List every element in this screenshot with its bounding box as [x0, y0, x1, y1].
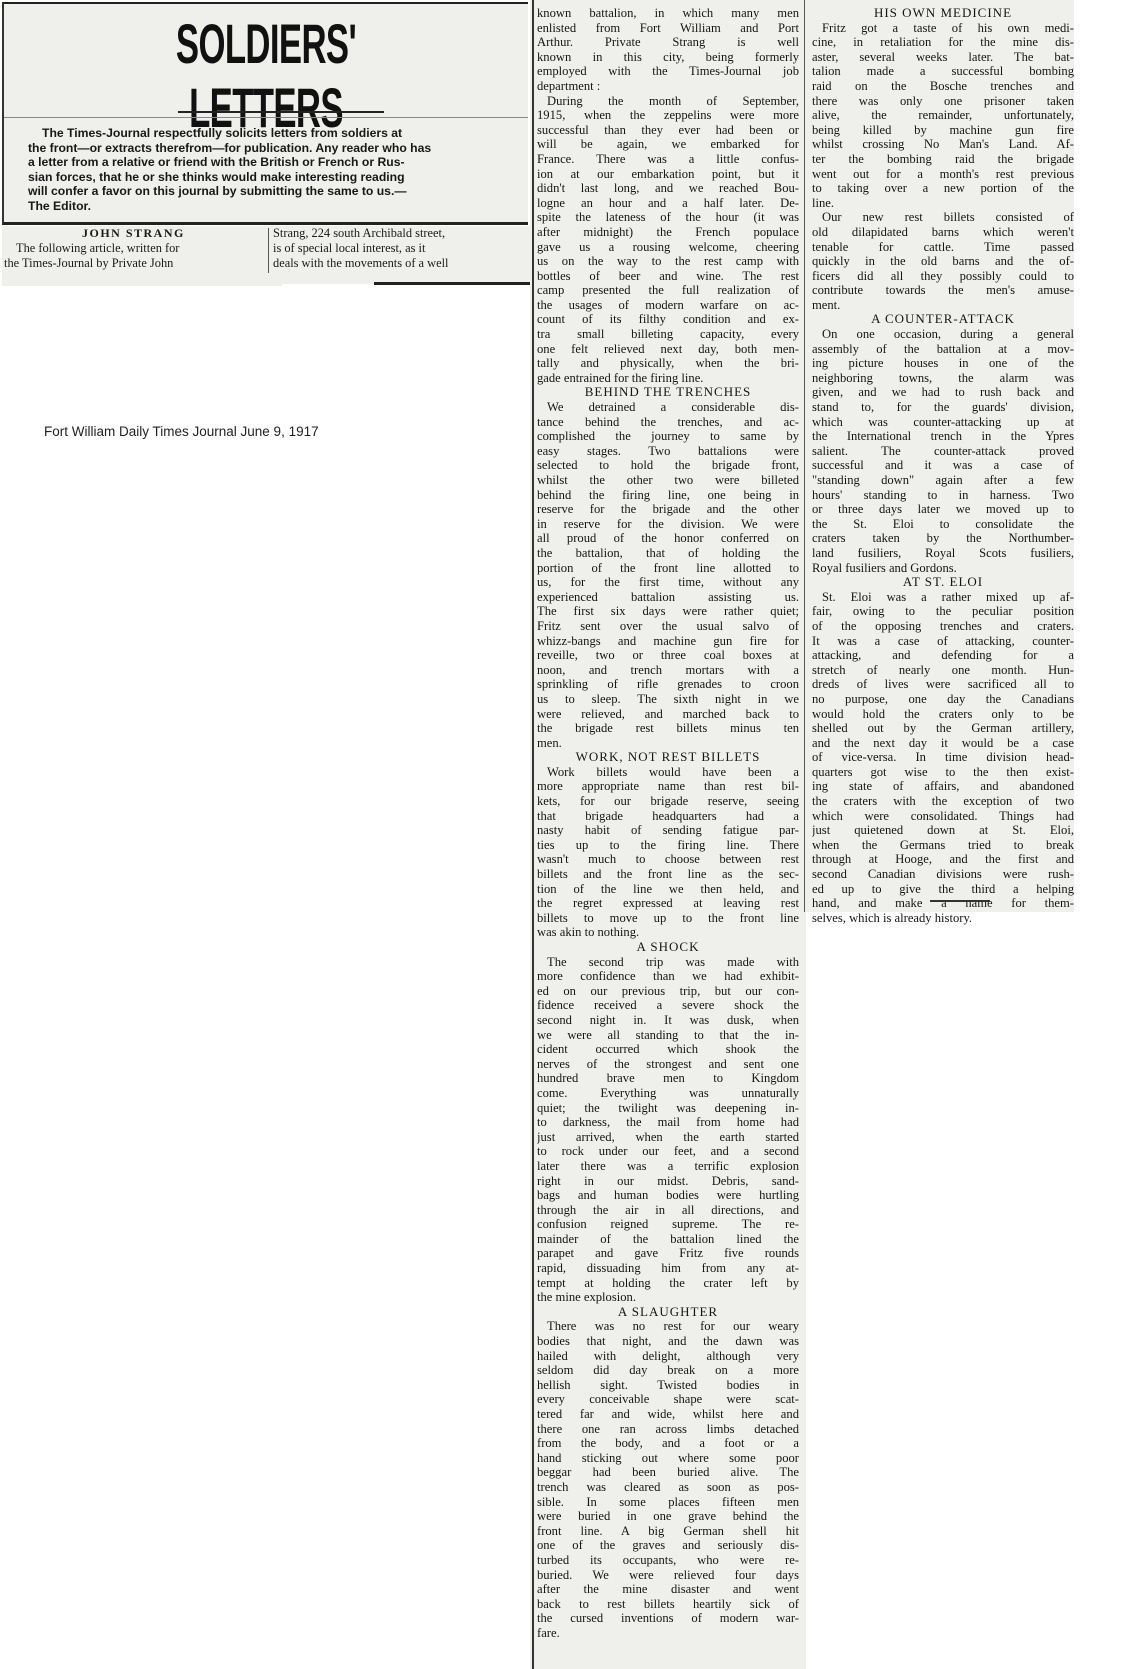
- article-line: the cursed inventions of modern war-: [537, 1611, 799, 1626]
- article-line: portion of the front line allotted to: [537, 561, 799, 576]
- article-line: tra small billeting capacity, every: [537, 327, 799, 342]
- article-line: experienced battalion assisting us.: [537, 590, 799, 605]
- article-line: neighboring towns, the alarm was: [812, 371, 1074, 386]
- solicitation-line: sian forces, that he or she thinks would…: [28, 170, 526, 185]
- article-line: raid on the Bosche trenches and: [812, 79, 1074, 94]
- article-line: went out for a month's rest previous: [812, 167, 1074, 182]
- article-line: tempt at holding the crater left by: [537, 1276, 799, 1291]
- article-line: 1915, when the zeppelins were more: [537, 108, 799, 123]
- article-line: ion at our embarkation point, but it: [537, 167, 799, 182]
- article-line: later there was a terrific explosion: [537, 1159, 799, 1174]
- article-line: just quietened down at St. Eloi,: [812, 823, 1074, 838]
- article-line: quarters got wise to the then exist-: [812, 765, 1074, 780]
- article-line: whilst the other two were billeted: [537, 473, 799, 488]
- article-line: hand, and make a name for them-: [812, 896, 1074, 911]
- article-line: every conceivable shape were scat-: [537, 1392, 799, 1407]
- article-line: or three days later we moved up to: [812, 502, 1074, 517]
- article-line: During the month of September,: [537, 94, 799, 109]
- intro-left-line: the Times-Journal by Private John: [4, 256, 173, 271]
- article-line: behind the firing line, one being in: [537, 488, 799, 503]
- article-line: us, for the first time, without any: [537, 575, 799, 590]
- article-line: bottles of beer and wine. The rest: [537, 269, 799, 284]
- article-line: tally and physically, when the bri-: [537, 356, 799, 371]
- article-line: come. Everything was unnaturally: [537, 1086, 799, 1101]
- article-line: sprinkling of rifle grenades to croon: [537, 677, 799, 692]
- article-line: There was no rest for our weary: [537, 1319, 799, 1334]
- article-line: turbed its occupants, who were re-: [537, 1553, 799, 1568]
- article-line: ed up to give the third a helping: [812, 882, 1074, 897]
- article-line: gade entrained for the firing line.: [537, 371, 799, 386]
- section-subheading: A COUNTER-ATTACK: [812, 312, 1074, 327]
- article-line: after midnight) the French populace: [537, 225, 799, 240]
- article-line: old dilapidated barns which weren't: [812, 225, 1074, 240]
- article-line: just arrived, when the earth started: [537, 1130, 799, 1145]
- section-subheading: A SLAUGHTER: [537, 1305, 799, 1320]
- solicitation-line: the front—or extracts therefrom—for publ…: [28, 141, 526, 156]
- article-line: tion of the line we then held, and: [537, 882, 799, 897]
- article-line: known battalion, in which many men: [537, 6, 799, 21]
- intro-right-line: deals with the movements of a well: [273, 256, 449, 271]
- article-line: us to sleep. The sixth night in we: [537, 692, 799, 707]
- article-line: one felt relieved next day, both men-: [537, 342, 799, 357]
- article-line: stand to, for the guards' division,: [812, 400, 1074, 415]
- article-line: ing picture houses in one of the: [812, 356, 1074, 371]
- article-line: Work billets would have been a: [537, 765, 799, 780]
- article-line: tenable for cattle. Time passed: [812, 240, 1074, 255]
- article-line: beggar had been buried alive. The: [537, 1465, 799, 1480]
- column-rule: [532, 0, 534, 1669]
- article-line: no purpose, one day the Canadians: [812, 692, 1074, 707]
- article-line: Fritz sent over the usual salvo of: [537, 619, 799, 634]
- article-line: confusion reigned supreme. The re-: [537, 1217, 799, 1232]
- article-line: was akin to nothing.: [537, 925, 799, 940]
- article-line: cine, in retaliation for the mine dis-: [812, 35, 1074, 50]
- article-line: reveille, two or three coal boxes at: [537, 648, 799, 663]
- article-line: The second trip was made with: [537, 955, 799, 970]
- column-rule: [804, 0, 805, 912]
- article-line: the brigade rest billets minus ten: [537, 721, 799, 736]
- article-line: Arthur. Private Strang is well: [537, 35, 799, 50]
- article-line: the International trench in the Ypres: [812, 429, 1074, 444]
- article-line: selves, which is already history.: [812, 911, 1074, 926]
- article-line: the craters with the exception of two: [812, 794, 1074, 809]
- article-line: contribute towards the men's amuse-: [812, 283, 1074, 298]
- article-line: parapet and gave Fritz five rounds: [537, 1246, 799, 1261]
- article-line: assembly of the battalion at a mov-: [812, 342, 1074, 357]
- article-line: alive, the remainder, unfortunately,: [812, 108, 1074, 123]
- article-line: were buried in one grave behind the: [537, 1509, 799, 1524]
- article-line: noon, and trench mortars with a: [537, 663, 799, 678]
- article-line: talion made a successful bombing: [812, 64, 1074, 79]
- article-line: rapid, dissuading him from any at-: [537, 1261, 799, 1276]
- masthead-title: SOLDIERS' LETTERS: [104, 12, 429, 140]
- article-line: being killed by machine gun fire: [812, 123, 1074, 138]
- article-line: Our new rest billets consisted of: [812, 210, 1074, 225]
- article-line: the St. Eloi to consolidate the: [812, 517, 1074, 532]
- article-line: bags and human bodies were hurtling: [537, 1188, 799, 1203]
- article-line: seldom did day break on a more: [537, 1363, 799, 1378]
- article-line: whilst crossing No Man's Land. Af-: [812, 137, 1074, 152]
- article-line: dreds of lives were sacrificed all to: [812, 677, 1074, 692]
- article-line: camp presented the full realization of: [537, 283, 799, 298]
- article-line: ficers did all they possibly could to: [812, 269, 1074, 284]
- article-line: stretch of nearly one month. Hun-: [812, 663, 1074, 678]
- article-line: spite the lateness of the hour (it was: [537, 210, 799, 225]
- article-line: nerves of the strongest and sent one: [537, 1057, 799, 1072]
- article-line: department :: [537, 79, 799, 94]
- article-line: men.: [537, 736, 799, 751]
- article-line: and the next day it would be a case: [812, 736, 1074, 751]
- article-line: quiet; the twilight was deepening in-: [537, 1101, 799, 1116]
- section-subheading: A SHOCK: [537, 940, 799, 955]
- article-line: hundred brave men to Kingdom: [537, 1071, 799, 1086]
- article-line: given, and we had to rush back and: [812, 385, 1074, 400]
- article-line: salient. The counter-attack proved: [812, 444, 1074, 459]
- article-line: the battalion, that of holding the: [537, 546, 799, 561]
- article-line: the usages of modern warfare on ac-: [537, 298, 799, 313]
- article-line: ed on our previous trip, but our con-: [537, 984, 799, 999]
- article-line: mainder of the battalion lined the: [537, 1232, 799, 1247]
- article-line: from the body, and a foot or a: [537, 1436, 799, 1451]
- solicitation-line: a letter from a relative or friend with …: [28, 155, 526, 170]
- article-line: will be again, we embarked for: [537, 137, 799, 152]
- article-line: It was a case of attacking, counter-: [812, 634, 1074, 649]
- solicitation-line: will confer a favor on this journal by s…: [28, 184, 526, 199]
- article-line: fair, owing to the peculiar position: [812, 604, 1074, 619]
- article-line: attacking, and defending for a: [812, 648, 1074, 663]
- article-line: through the air in all directions, and: [537, 1203, 799, 1218]
- article-line: land fusiliers, Royal Scots fusiliers,: [812, 546, 1074, 561]
- article-line: there one ran across limbs detached: [537, 1422, 799, 1437]
- article-intro-right: Strang, 224 south Archibald street, is o…: [270, 226, 530, 284]
- article-right-column: HIS OWN MEDICINEFritz got a taste of his…: [812, 6, 1074, 925]
- article-line: front line. A big German shell hit: [537, 1524, 799, 1539]
- article-line: gave us a rousing welcome, cheering: [537, 240, 799, 255]
- article-line: employed with the Times-Journal job: [537, 64, 799, 79]
- masthead-underline: [178, 111, 384, 113]
- section-subheading: AT ST. ELOI: [812, 575, 1074, 590]
- masthead-divider: [4, 117, 528, 118]
- article-line: France. There was a little confus-: [537, 152, 799, 167]
- article-line: trench was cleared as soon as pos-: [537, 1480, 799, 1495]
- article-line: of vice-versa. In time division head-: [812, 750, 1074, 765]
- article-line: which were consolidated. Things had: [812, 809, 1074, 824]
- article-line: buried. We were relieved four days: [537, 1568, 799, 1583]
- article-line: selected to hold the brigade front,: [537, 458, 799, 473]
- article-line: more confidence than we had exhibit-: [537, 969, 799, 984]
- article-line: hailed with delight, although very: [537, 1349, 799, 1364]
- article-line: whizz-bangs and machine gun fire for: [537, 634, 799, 649]
- article-line: billets and the front line as the sec-: [537, 867, 799, 882]
- article-line: cident occurred which shook the: [537, 1042, 799, 1057]
- article-line: which was counter-attacking up at: [812, 415, 1074, 430]
- article-line: more appropriate name than rest bil-: [537, 779, 799, 794]
- article-headline: JOHN STRANG: [82, 226, 185, 241]
- article-line: of the opposing trenches and craters.: [812, 619, 1074, 634]
- article-line: kets, for our brigade reserve, seeing: [537, 794, 799, 809]
- article-line: back to rest billets heartily sick of: [537, 1597, 799, 1612]
- article-line: aster, several weeks later. The bat-: [812, 50, 1074, 65]
- article-line: ing state of affairs, and abandoned: [812, 779, 1074, 794]
- column-rule: [268, 228, 269, 273]
- article-line: St. Eloi was a rather mixed up af-: [812, 590, 1074, 605]
- article-line: billets to move up to the front line: [537, 911, 799, 926]
- article-line: one of the graves and seriously dis-: [537, 1538, 799, 1553]
- intro-right-line: is of special local interest, as it: [273, 241, 425, 256]
- article-line: "standing down" again after a few: [812, 473, 1074, 488]
- article-line: quickly in the old barns and the of-: [812, 254, 1074, 269]
- article-line: there was only one prisoner taken: [812, 94, 1074, 109]
- solicitation-line: The Times-Journal respectfully solicits …: [28, 126, 526, 141]
- section-subheading: HIS OWN MEDICINE: [812, 6, 1074, 21]
- article-line: count of its filthy condition and ex-: [537, 312, 799, 327]
- source-caption: Fort William Daily Times Journal June 9,…: [44, 424, 319, 439]
- solicitation-line: The Editor.: [28, 199, 526, 214]
- article-line: wasn't much to choose between rest: [537, 852, 799, 867]
- article-line: hellish sight. Twisted bodies in: [537, 1378, 799, 1393]
- article-line: logne an hour and a half later. De-: [537, 196, 799, 211]
- article-line: known in this city, being formerly: [537, 50, 799, 65]
- article-line: we were all standing to that the in-: [537, 1028, 799, 1043]
- article-line: right in our midst. Debris, sand-: [537, 1174, 799, 1189]
- article-line: that brigade headquarters had a: [537, 809, 799, 824]
- article-line: Fritz got a taste of his own medi-: [812, 21, 1074, 36]
- article-line: successful than they ever had been or: [537, 123, 799, 138]
- article-line: in reserve for the division. We were: [537, 517, 799, 532]
- article-line: to darkness, the mail from home had: [537, 1115, 799, 1130]
- article-line: On one occasion, during a general: [812, 327, 1074, 342]
- article-line: the regret expressed at leaving rest: [537, 896, 799, 911]
- article-line: bodies that night, and the dawn was: [537, 1334, 799, 1349]
- article-line: didn't last long, and we reached Bou-: [537, 181, 799, 196]
- article-line: when the Germans tried to break: [812, 838, 1074, 853]
- article-line: easy stages. Two battalions were: [537, 444, 799, 459]
- article-line: shelled out by the German artillery,: [812, 721, 1074, 736]
- article-line: ties up to the firing line. There: [537, 838, 799, 853]
- article-middle-column: known battalion, in which many menenlist…: [537, 6, 799, 1641]
- article-line: hand sticking out where some poor: [537, 1451, 799, 1466]
- article-line: to rock under our feet, and a second: [537, 1144, 799, 1159]
- article-line: second Canadian divisions were rush-: [812, 867, 1074, 882]
- editor-solicitation: The Times-Journal respectfully solicits …: [28, 126, 526, 213]
- article-line: successful and it was a case of: [812, 458, 1074, 473]
- article-line: tance behind the trenches, and ac-: [537, 415, 799, 430]
- article-line: to taking over a new portion of the: [812, 181, 1074, 196]
- solicitation-box: SOLDIERS' LETTERS The Times-Journal resp…: [2, 2, 528, 225]
- article-line: all proud of the honor conferred on: [537, 531, 799, 546]
- article-end-ornament: [930, 900, 990, 902]
- intro-left-line: The following article, written for: [16, 241, 179, 256]
- article-line: through at Hooge, and the first and: [812, 852, 1074, 867]
- article-line: tered far and wide, whilst here and: [537, 1407, 799, 1422]
- article-line: after the mine disaster and went: [537, 1582, 799, 1597]
- section-subheading: BEHIND THE TRENCHES: [537, 385, 799, 400]
- article-line: line.: [812, 196, 1074, 211]
- column-rule: [374, 282, 530, 285]
- article-line: ter the bombing raid the brigade: [812, 152, 1074, 167]
- article-line: The first six days were rather quiet;: [537, 604, 799, 619]
- article-line: us on the way to the rest camp with: [537, 254, 799, 269]
- intro-right-line: Strang, 224 south Archibald street,: [273, 226, 445, 241]
- article-line: enlisted from Fort William and Port: [537, 21, 799, 36]
- article-line: were relieved, and marched back to: [537, 707, 799, 722]
- section-subheading: WORK, NOT REST BILLETS: [537, 750, 799, 765]
- article-line: fidence received a severe shock the: [537, 998, 799, 1013]
- article-line: complished the journey to same by: [537, 429, 799, 444]
- article-line: sible. In some places fifteen men: [537, 1495, 799, 1510]
- article-line: nasty habit of sending fatigue par-: [537, 823, 799, 838]
- article-intro: JOHN STRANG The following article, writt…: [2, 226, 282, 286]
- article-line: fare.: [537, 1626, 799, 1641]
- article-line: second night in. It was dusk, when: [537, 1013, 799, 1028]
- article-line: craters taken by the Northumber-: [812, 531, 1074, 546]
- article-line: the mine explosion.: [537, 1290, 799, 1305]
- article-line: We detrained a considerable dis-: [537, 400, 799, 415]
- article-line: ment.: [812, 298, 1074, 313]
- article-line: Royal fusiliers and Gordons.: [812, 561, 1074, 576]
- article-line: reserve for the brigade and the other: [537, 502, 799, 517]
- article-line: hours' standing to in harness. Two: [812, 488, 1074, 503]
- article-line: would hold the craters only to be: [812, 707, 1074, 722]
